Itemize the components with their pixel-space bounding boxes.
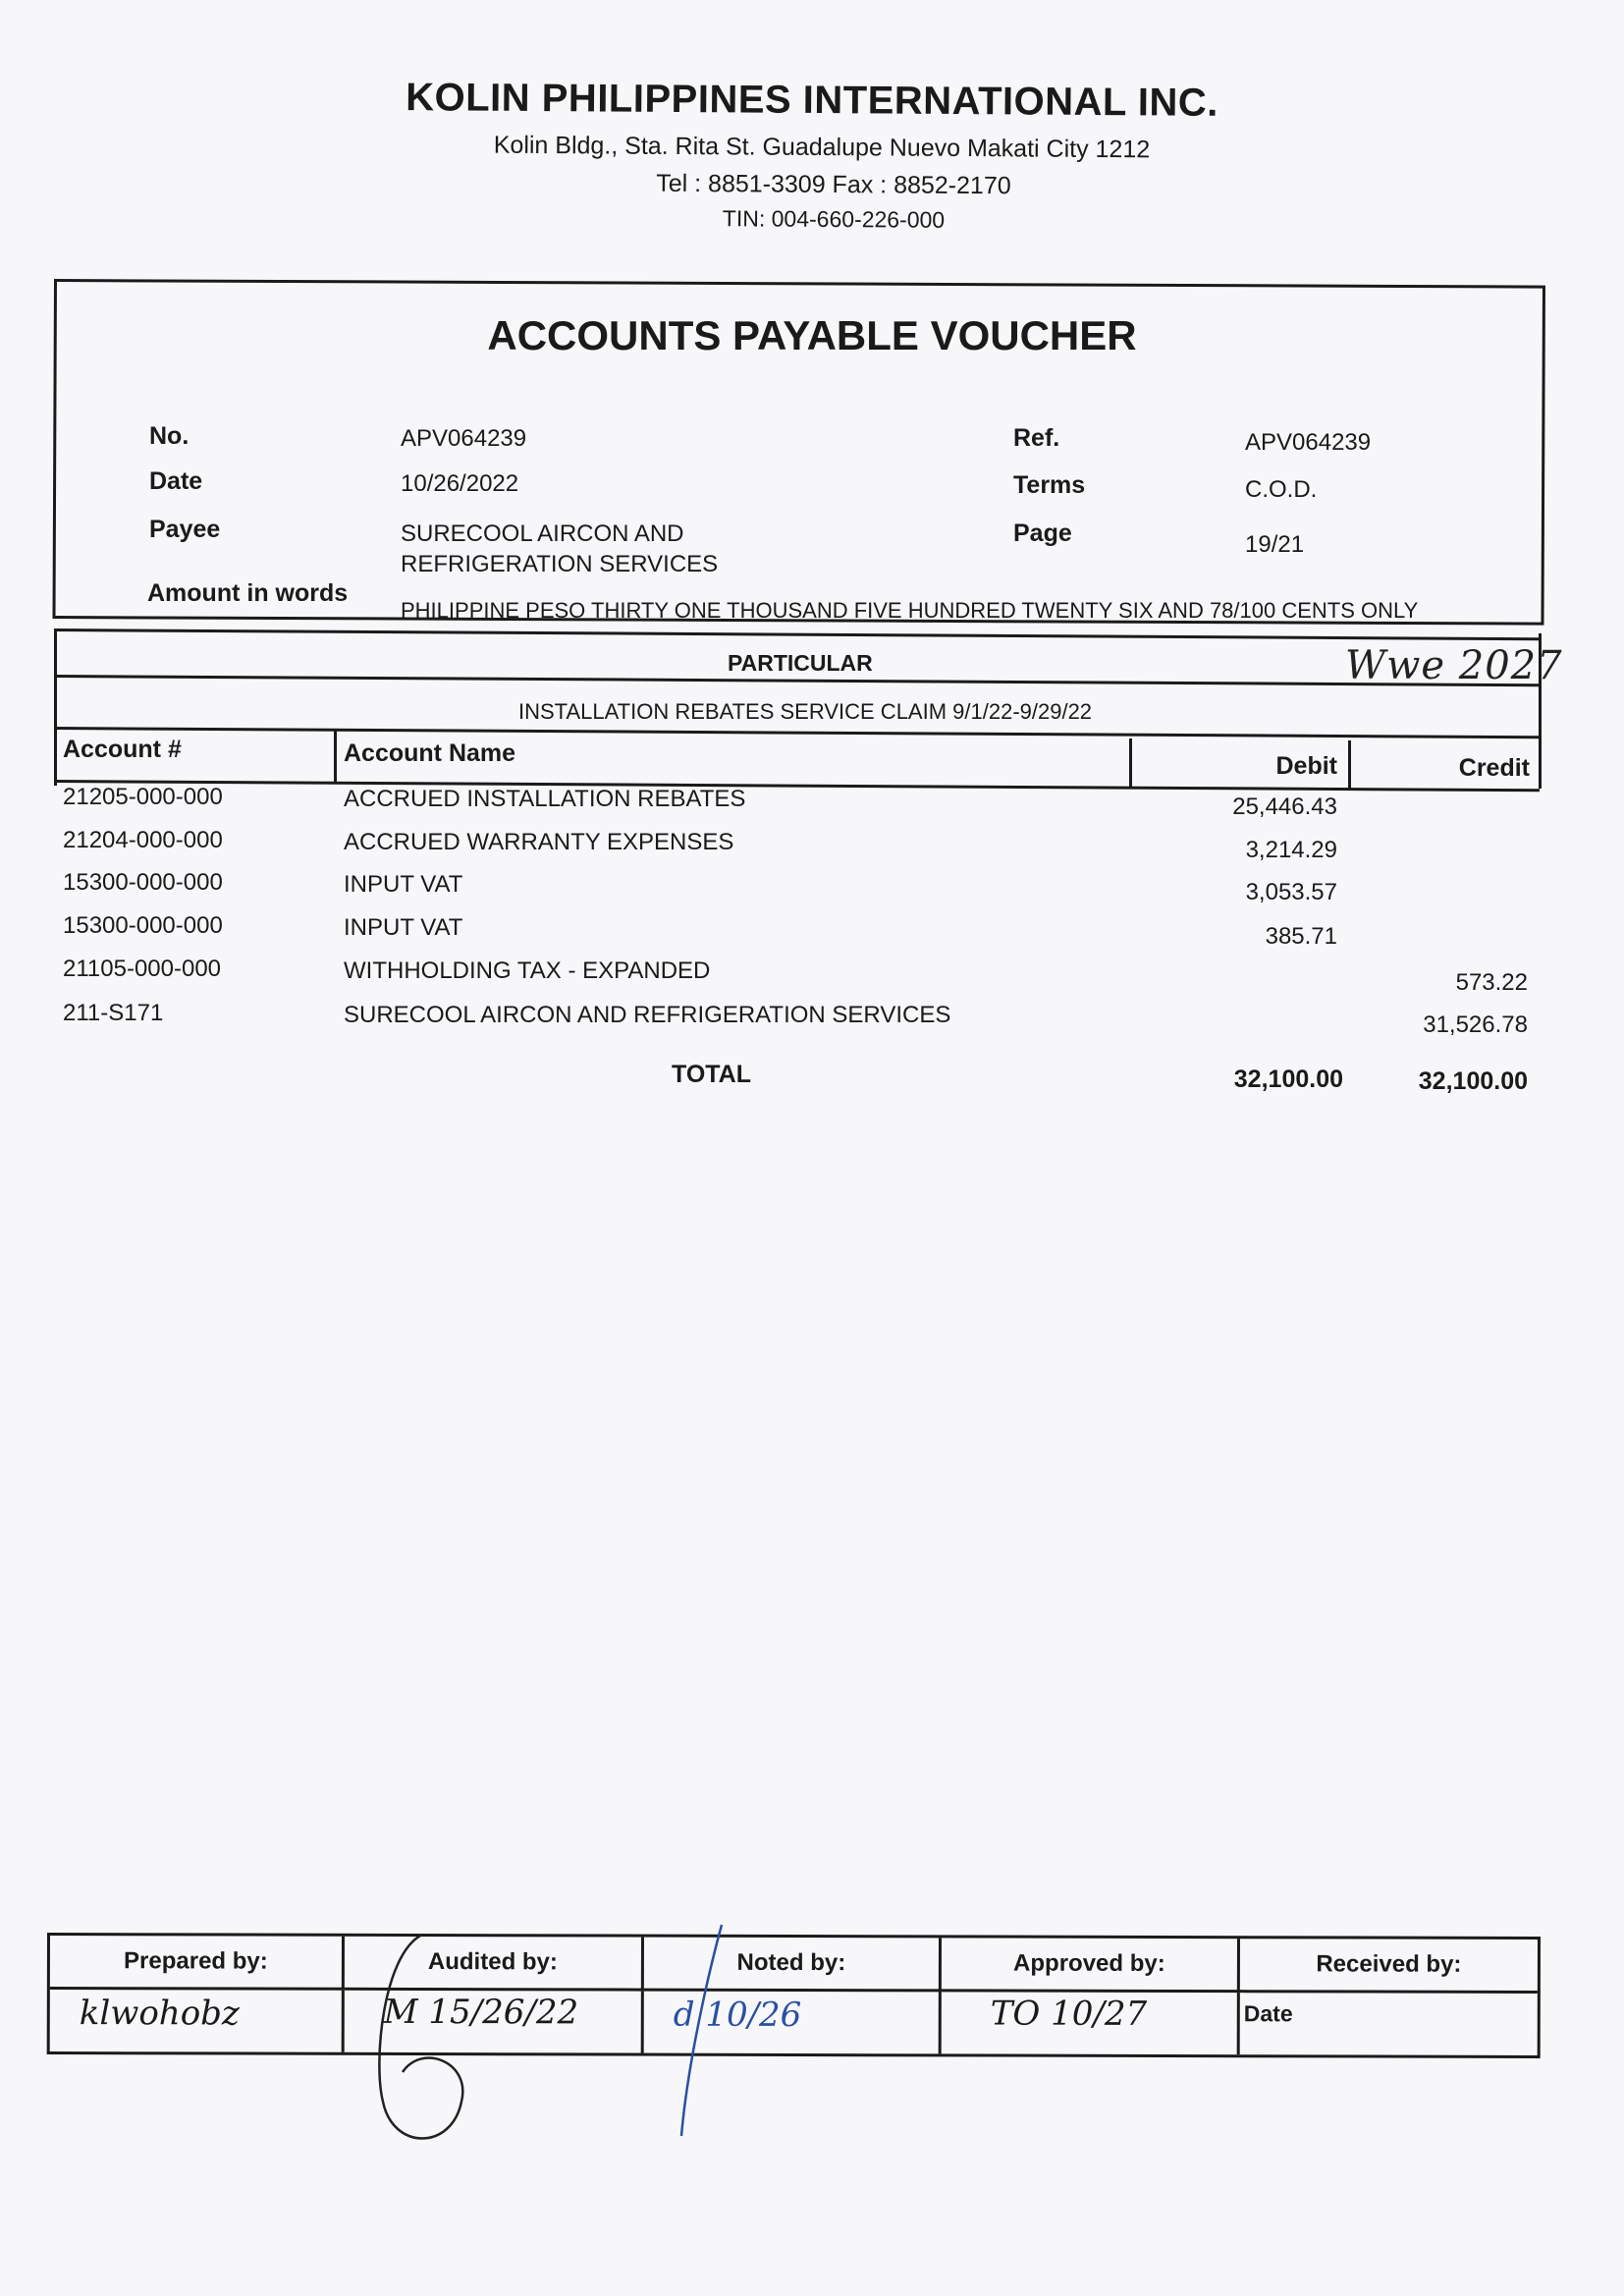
divider: [54, 629, 1540, 640]
payee-value-line1: SURECOOL AIRCON AND: [401, 520, 684, 548]
company-address: Kolin Bldg., Sta. Rita St. Guadalupe Nue…: [10, 128, 1624, 168]
approved-by-header: Approved by:: [942, 1938, 1240, 1993]
row-debit: 3,053.57: [1141, 879, 1337, 906]
row-account-no: 15300-000-000: [63, 912, 223, 940]
row-account-no: 21204-000-000: [63, 827, 223, 854]
company-tin: TIN: 004-660-226-000: [22, 200, 1624, 239]
page-value: 19/21: [1245, 531, 1304, 559]
voucher-title: ACCOUNTS PAYABLE VOUCHER: [0, 312, 1624, 359]
row-account-no: 21105-000-000: [63, 956, 221, 983]
header-account-name: Account Name: [344, 739, 515, 768]
prepared-by-signature-cell: klwohobz: [50, 1990, 345, 2052]
terms-value: C.O.D.: [1245, 476, 1317, 504]
row-account-name: WITHHOLDING TAX - EXPANDED: [344, 957, 710, 985]
row-account-no: 211-S171: [63, 1000, 163, 1027]
terms-label: Terms: [1013, 471, 1085, 500]
row-debit: 385.71: [1141, 923, 1337, 951]
total-debit: 32,100.00: [1147, 1066, 1343, 1094]
payee-value-line2: REFRIGERATION SERVICES: [401, 551, 718, 578]
row-credit: 31,526.78: [1331, 1011, 1528, 1039]
date-label: Date: [149, 467, 202, 496]
signature-table: Prepared by: Audited by: Noted by: Appro…: [47, 1933, 1541, 2058]
no-value: APV064239: [401, 425, 526, 453]
company-contact: Tel : 8851-3309 Fax : 8852-2170: [22, 165, 1624, 205]
divider: [54, 780, 1540, 792]
row-account-name: INPUT VAT: [344, 871, 462, 899]
date-value: 10/26/2022: [401, 470, 518, 498]
ref-value: APV064239: [1245, 429, 1371, 457]
page-label: Page: [1013, 519, 1072, 548]
approved-by-signature: TO 10/27: [991, 1995, 1147, 2034]
approved-by-label: Approved by:: [942, 1938, 1237, 1978]
divider: [334, 729, 337, 783]
row-account-no: 21205-000-000: [63, 784, 223, 811]
row-account-no: 15300-000-000: [63, 869, 223, 897]
received-date-label: Date: [1240, 1993, 1538, 2028]
divider: [1129, 738, 1132, 788]
prepared-by-label: Prepared by:: [50, 1936, 342, 1976]
prepared-by-signature: klwohobz: [80, 1994, 240, 2033]
signature-stroke-icon: [668, 1920, 746, 2146]
received-by-header: Received by:: [1240, 1939, 1538, 1994]
particular-description: INSTALLATION REBATES SERVICE CLAIM 9/1/2…: [518, 699, 1092, 725]
row-account-name: ACCRUED INSTALLATION REBATES: [344, 786, 745, 813]
signature-flourish-icon: [363, 1925, 717, 2160]
header-debit: Debit: [1139, 752, 1337, 781]
row-debit: 3,214.29: [1141, 837, 1337, 864]
no-label: No.: [149, 422, 189, 451]
row-account-name: ACCRUED WARRANTY EXPENSES: [344, 829, 733, 856]
received-by-date-cell: Date: [1240, 1993, 1538, 2055]
company-name: KOLIN PHILIPPINES INTERNATIONAL INC.: [0, 73, 1624, 129]
amount-words-value: PHILIPPINE PESO THIRTY ONE THOUSAND FIVE…: [401, 598, 1418, 624]
handwritten-note: Wwe 2027: [1345, 643, 1563, 688]
row-credit: 573.22: [1331, 969, 1528, 997]
amount-words-label: Amount in words: [147, 579, 348, 608]
received-by-label: Received by:: [1240, 1939, 1538, 1979]
divider: [54, 629, 57, 786]
ref-label: Ref.: [1013, 424, 1059, 453]
divider: [1348, 740, 1351, 790]
header-credit: Credit: [1355, 754, 1530, 783]
particular-title: PARTICULAR: [728, 650, 873, 677]
row-debit: 25,446.43: [1141, 793, 1337, 821]
prepared-by-header: Prepared by:: [50, 1936, 345, 1991]
row-account-name: INPUT VAT: [344, 914, 462, 942]
divider: [54, 727, 1540, 738]
row-account-name: SURECOOL AIRCON AND REFRIGERATION SERVIC…: [344, 1002, 950, 1029]
payee-label: Payee: [149, 516, 220, 544]
total-credit: 32,100.00: [1331, 1067, 1528, 1096]
header-account-no: Account #: [63, 736, 182, 764]
total-label: TOTAL: [672, 1061, 751, 1089]
approved-by-signature-cell: TO 10/27: [942, 1992, 1240, 2054]
